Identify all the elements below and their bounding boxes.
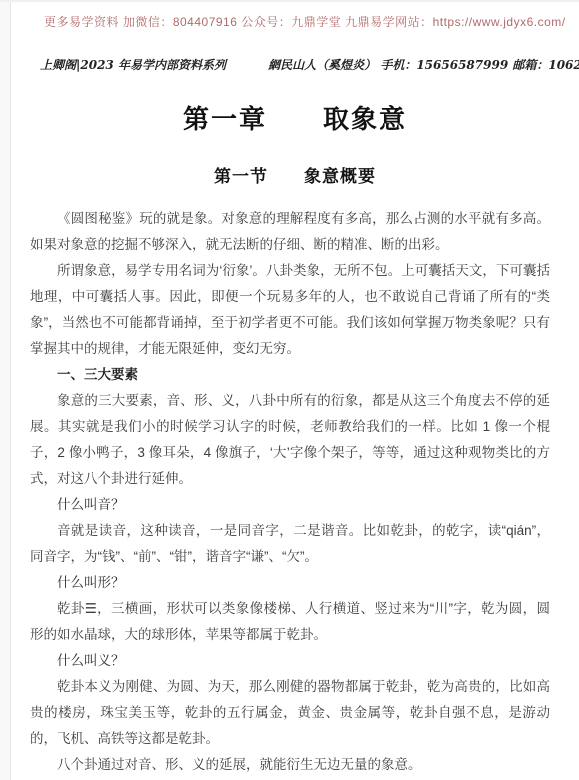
document-body: 《圆图秘鉴》玩的就是象。对象意的理解程度有多高，那么占测的水平就有多高。如果对象… bbox=[30, 206, 550, 778]
section-title: 第一节 象意概要 bbox=[11, 162, 579, 187]
paragraph: 象意的三大要素，音、形、义，八卦中所有的衍象，都是从这三个角度去不停的延展。其实… bbox=[30, 388, 550, 492]
promo-header-text: 更多易学资料 加微信：804407916 公众号：九鼎学堂 九鼎易学网站：htt… bbox=[44, 13, 579, 30]
paragraph: 八个卦通过对音、形、义的延展，就能衍生无边无量的象意。 bbox=[30, 752, 550, 778]
section-heading: 什么叫义？ bbox=[30, 648, 550, 674]
author-contact: 網民山人（奚煜炎） 手机：15656587999 邮箱：10626593@QQ.… bbox=[268, 58, 579, 72]
subheader-line: 上卿阁|2023 年易学内部资料系列 網民山人（奚煜炎） 手机：15656587… bbox=[40, 56, 579, 73]
section-heading: 一、三大要素 bbox=[30, 362, 550, 388]
document-page: 更多易学资料 加微信：804407916 公众号：九鼎学堂 九鼎易学网站：htt… bbox=[0, 0, 579, 780]
series-title: 上卿阁|2023 年易学内部资料系列 bbox=[40, 58, 226, 72]
paragraph: 音就是读音，这种读音，一是同音字，二是谐音。比如乾卦，的乾字，读“qián”，同… bbox=[30, 518, 550, 570]
section-heading: 什么叫音？ bbox=[30, 492, 550, 518]
section-heading: 什么叫形？ bbox=[30, 570, 550, 596]
page-left-edge bbox=[0, 2, 11, 780]
chapter-title: 第一章 取象意 bbox=[11, 99, 579, 136]
paragraph: 乾卦本义为刚健、为圆、为天，那么刚健的器物都属于乾卦，乾为高贵的，比如高贵的楼房… bbox=[30, 674, 550, 752]
paragraph: 《圆图秘鉴》玩的就是象。对象意的理解程度有多高，那么占测的水平就有多高。如果对象… bbox=[30, 206, 550, 258]
paragraph: 乾卦☰，三横画，形状可以类象像楼梯、人行横道、竖过来为“川”字，乾为圆，圆形的如… bbox=[30, 596, 550, 648]
paragraph: 所谓象意，易学专用名词为‘衍象’。八卦类象，无所不包。上可囊括天文，下可囊括地理… bbox=[30, 258, 550, 362]
